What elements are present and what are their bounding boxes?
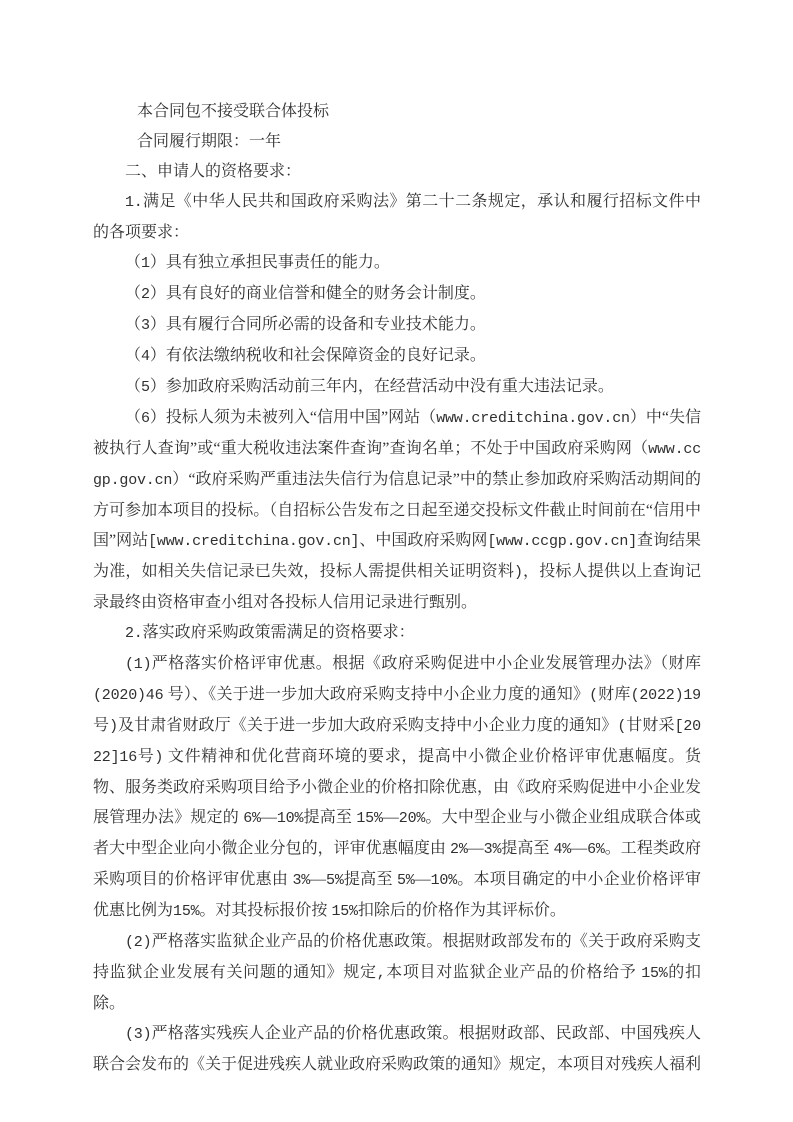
qualification-item-3: （3）具有履行合同所必需的设备和专业技术能力。 <box>93 310 701 341</box>
qualification-item-4: （4）有依法缴纳税收和社会保障资金的良好记录。 <box>93 341 701 372</box>
policy-item-2-prison-enterprise: (2)严格落实监狱企业产品的价格优惠政策。根据财政部发布的《关于政府采购支持监狱… <box>93 927 701 1019</box>
heading-applicant-qualification: 二、申请人的资格要求： <box>93 157 701 187</box>
qualification-item-6: （6）投标人须为未被列入“信用中国”网站（www.creditchina.gov… <box>93 403 701 618</box>
qualification-item-2: （2）具有良好的商业信誉和健全的财务会计制度。 <box>93 279 701 310</box>
qualification-item-1: （1）具有独立承担民事责任的能力。 <box>93 248 701 279</box>
line-contract-period: 合同履行期限：一年 <box>93 127 701 157</box>
para-policy-requirement-intro: 2.落实政府采购政策需满足的资格要求： <box>93 618 701 649</box>
document-page: 本合同包不接受联合体投标 合同履行期限：一年 二、申请人的资格要求： 1.满足《… <box>0 0 793 1122</box>
line-no-consortium-bidding: 本合同包不接受联合体投标 <box>93 97 701 127</box>
qualification-item-5: （5）参加政府采购活动前三年内，在经营活动中没有重大违法记录。 <box>93 372 701 403</box>
para-basic-requirement-intro: 1.满足《中华人民共和国政府采购法》第二十二条规定，承认和履行招标文件中的各项要… <box>93 187 701 248</box>
policy-item-3-disabled-welfare: (3)严格落实残疾人企业产品的价格优惠政策。根据财政部、民政部、中国残疾人联合会… <box>93 1019 701 1080</box>
policy-item-1-price-review: (1)严格落实价格评审优惠。根据《政府采购促进中小企业发展管理办法》（财库(20… <box>93 649 701 927</box>
